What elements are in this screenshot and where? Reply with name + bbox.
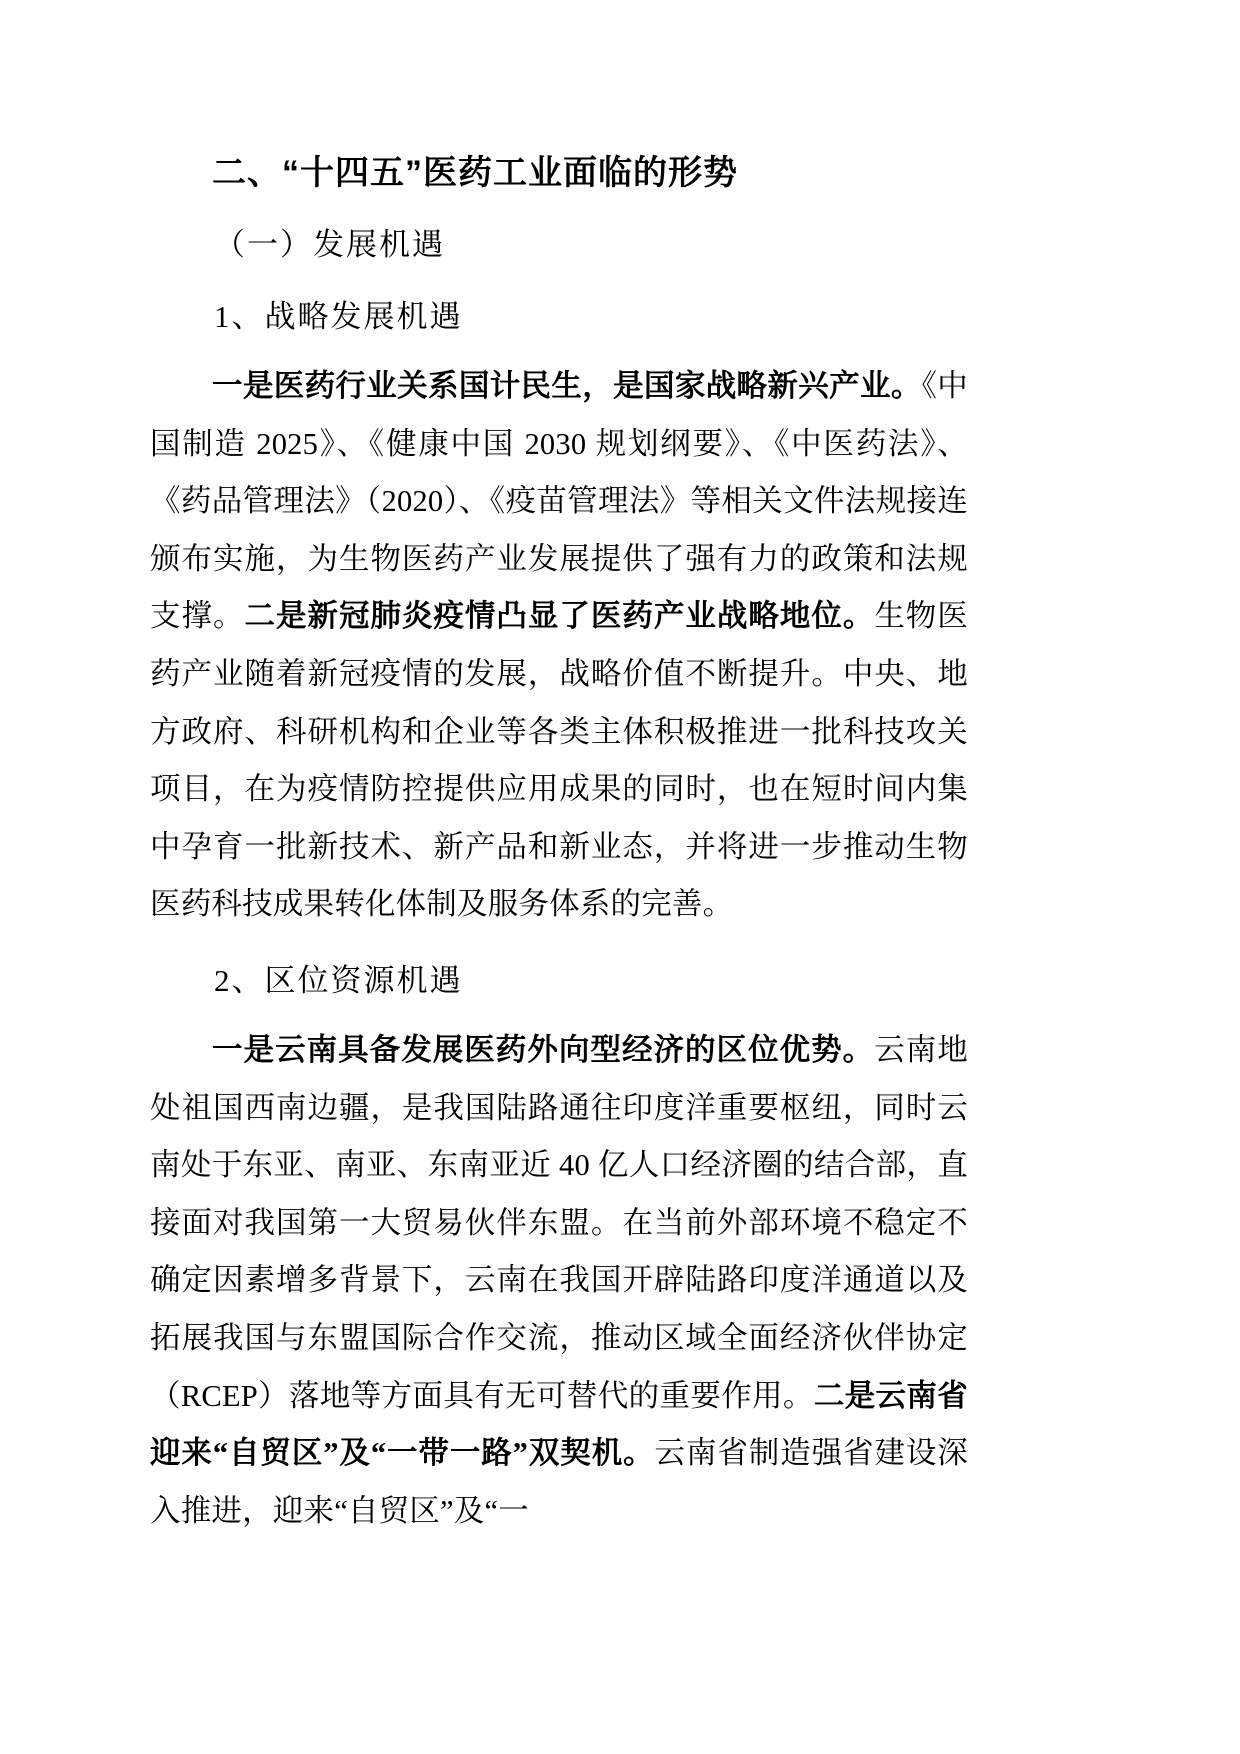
section-heading: （一）发展机遇 xyxy=(150,212,968,278)
chapter-heading: 二、“十四五”医药工业面临的形势 xyxy=(150,140,968,206)
emphasis-run: 一是云南具备发展医药外向型经济的区位优势。 xyxy=(212,1033,874,1067)
text-run: 云南地处祖国西南边疆，是我国陆路通往印度洋重要枢纽，同时云南处于东亚、南亚、东南… xyxy=(150,1033,968,1413)
emphasis-run: 二是新冠肺炎疫情凸显了医药产业战略地位。 xyxy=(244,599,874,633)
text-run: 生物医药产业随着新冠疫情的发展，战略价值不断提升。中央、地方政府、科研机构和企业… xyxy=(150,599,968,921)
emphasis-run: 一是医药行业关系国计民生，是国家战略新兴产业。 xyxy=(212,369,922,403)
paragraph-location-opportunity: 一是云南具备发展医药外向型经济的区位优势。云南地处祖国西南边疆，是我国陆路通往印… xyxy=(150,1022,968,1540)
document-page: 二、“十四五”医药工业面临的形势 （一）发展机遇 1、战略发展机遇 一是医药行业… xyxy=(0,0,1240,1754)
item-heading-location: 2、区位资源机遇 xyxy=(150,948,968,1014)
text-run: 《中国制造 2025》、《健康中国 2030 规划纲要》、《中医药法》、《药品管… xyxy=(150,369,968,633)
paragraph-strategic-opportunity: 一是医药行业关系国计民生，是国家战略新兴产业。《中国制造 2025》、《健康中国… xyxy=(150,358,968,934)
item-heading-strategic: 1、战略发展机遇 xyxy=(150,284,968,350)
